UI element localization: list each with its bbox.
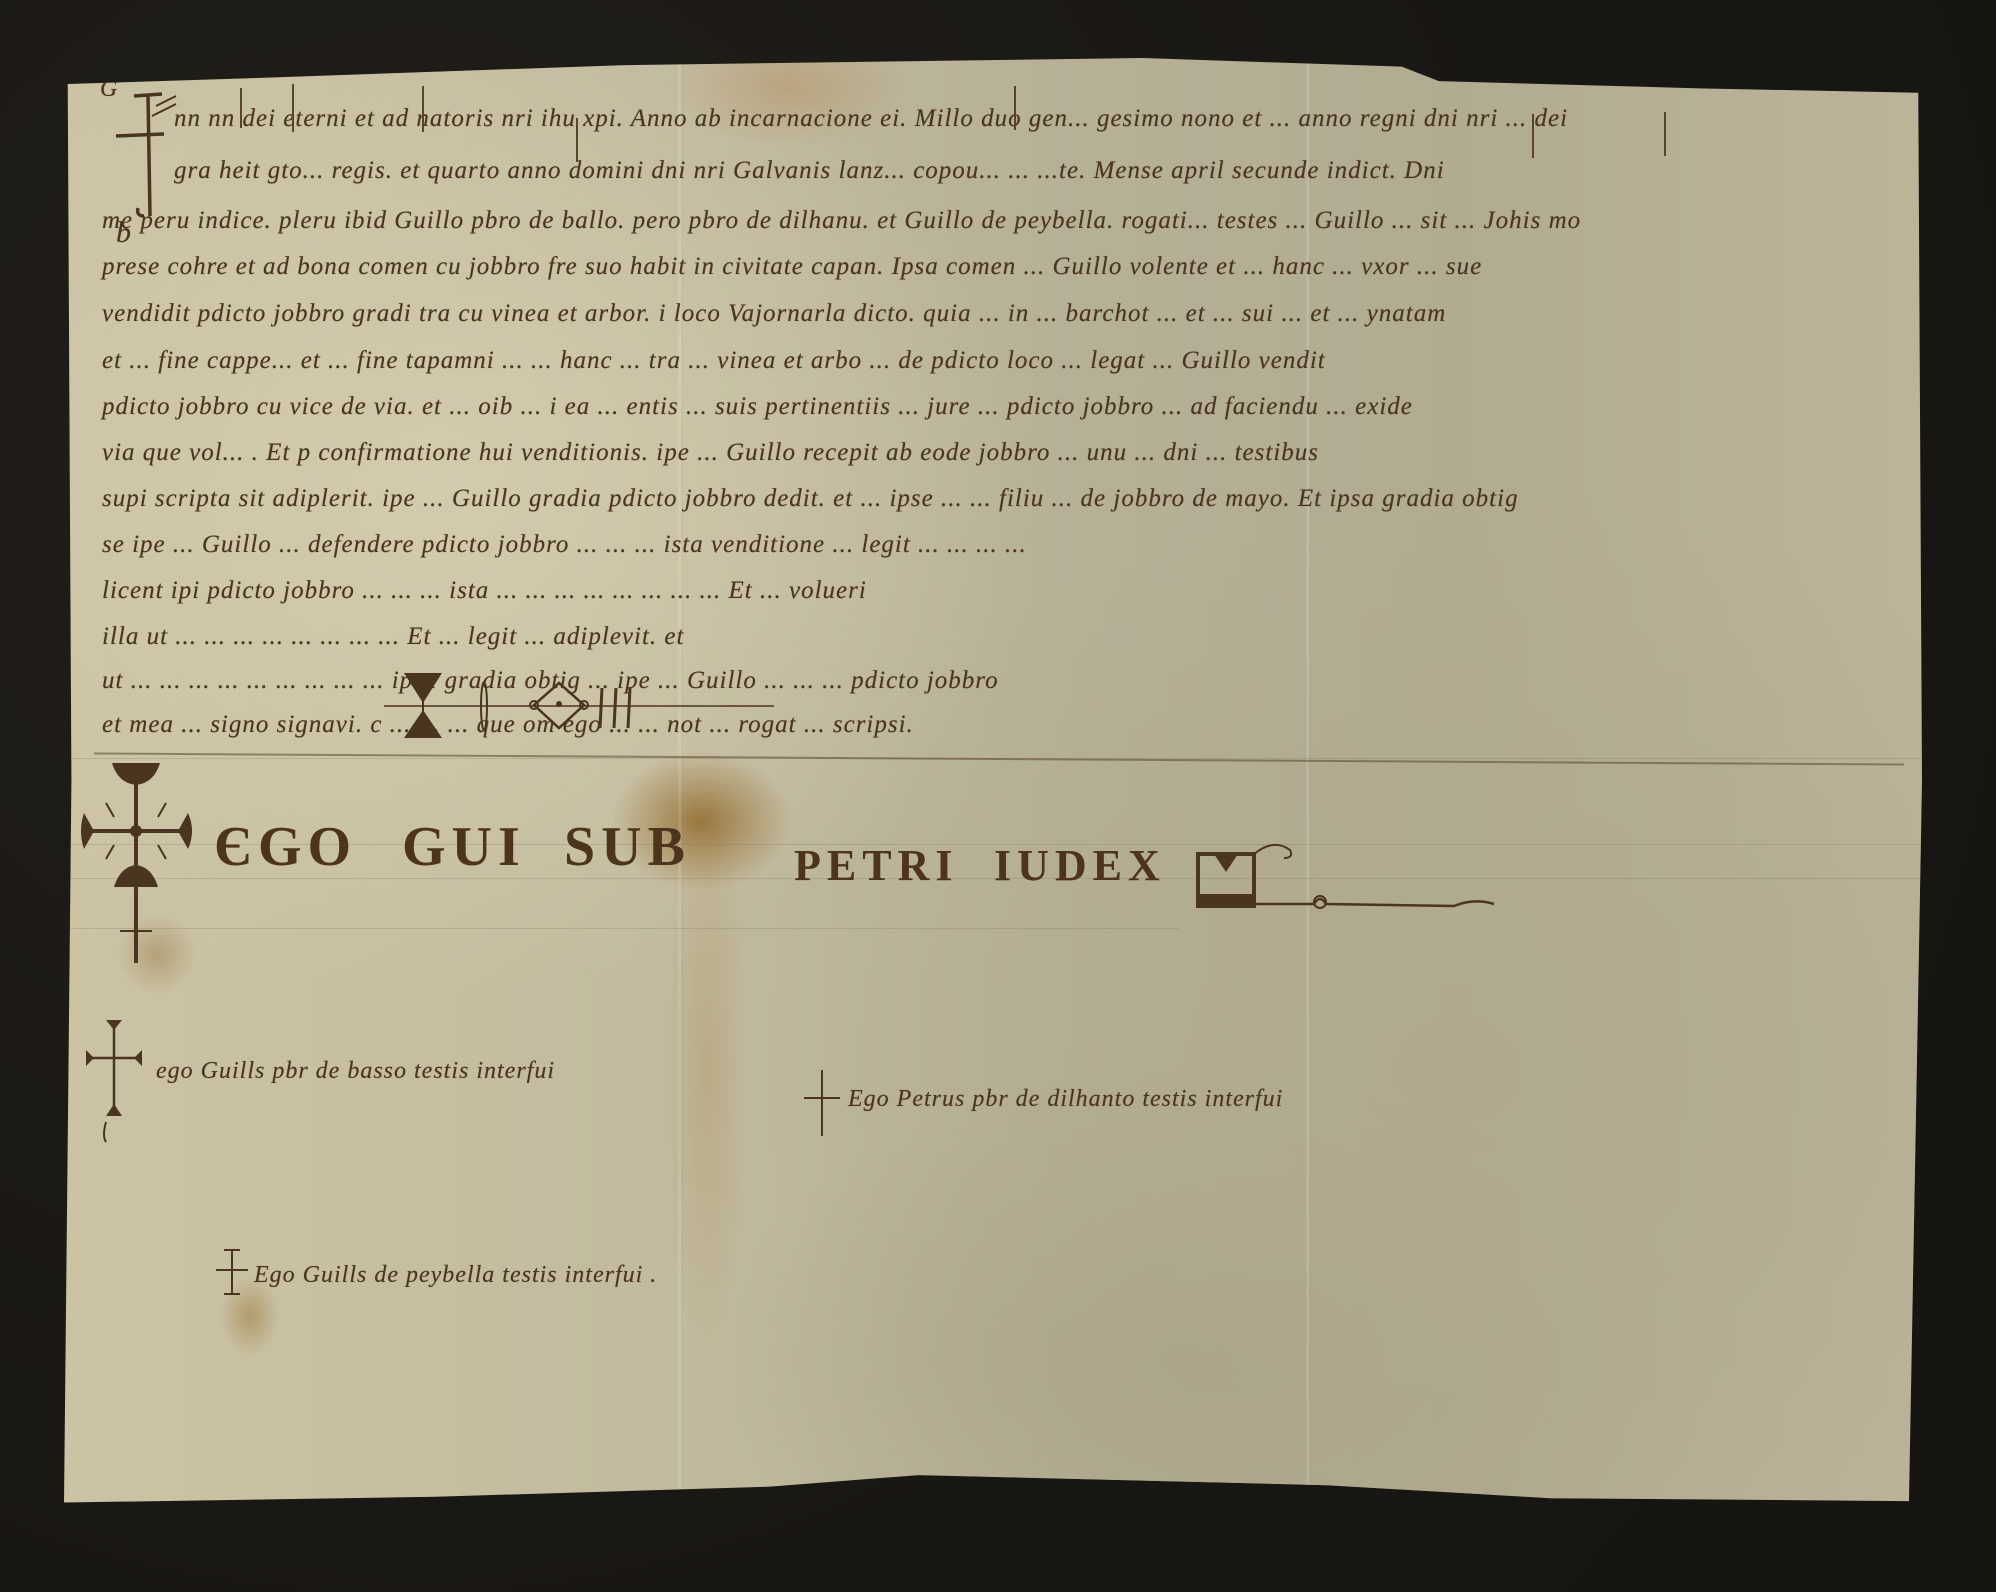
- subscription-sub: SUB: [564, 815, 691, 879]
- witness-cross-icon: [214, 1248, 250, 1298]
- subscription-ego: ЄGO: [214, 815, 357, 879]
- ascender-stroke: [240, 88, 242, 128]
- witness-cross-icon: [86, 1016, 146, 1136]
- ascender-stroke: [576, 118, 578, 162]
- judge-signum-cross-icon: [84, 753, 204, 983]
- witness-subscription: ego Guills pbr de basso testis interfui: [156, 1058, 555, 1085]
- ascender-stroke: [1014, 86, 1016, 130]
- charter-line: et ... fine cappe... et ... fine tapamni…: [102, 348, 1326, 373]
- ascender-stroke: [292, 84, 294, 132]
- subscription-gui: GUI: [402, 815, 526, 879]
- witness-cross-icon: [802, 1068, 842, 1138]
- charter-line: prese cohre et ad bona comen cu jobbro f…: [102, 254, 1482, 279]
- witness-subscription: Ego Guills de peybella testis interfui .: [254, 1262, 657, 1289]
- subscription-iudex: IUDEX: [994, 840, 1166, 891]
- charter-line: vendidit pdicto jobbro gradi tra cu vine…: [102, 301, 1446, 326]
- ascender-stroke: [1532, 114, 1534, 158]
- parchment-charter: G b nn nn dei eterni et ad natoris nri i…: [64, 58, 1922, 1504]
- ascender-stroke: [422, 86, 424, 132]
- charter-line: se ipe ... Guillo ... defendere pdicto j…: [102, 532, 1027, 557]
- charter-line: nn nn dei eterni et ad natoris nri ihu x…: [174, 106, 1568, 131]
- charter-line: pdicto jobbro cu vice de via. et ... oib…: [102, 394, 1413, 419]
- witness-subscription: Ego Petrus pbr de dilhanto testis interf…: [848, 1086, 1283, 1113]
- charter-line: licent ipi pdicto jobbro ... ... ... ist…: [102, 578, 867, 603]
- initial-cross-icon: [104, 76, 194, 226]
- ruled-line-bottom: [94, 752, 1904, 765]
- notary-signum-icon: [384, 658, 774, 748]
- ascender-stroke: [1664, 112, 1666, 156]
- charter-line: supi scripta sit adiplerit. ipe ... Guil…: [102, 486, 1519, 511]
- ruled-line: [64, 928, 1179, 929]
- subscription-petri: PETRI: [794, 840, 958, 891]
- judge-monogram-icon: [1194, 838, 1554, 918]
- charter-line: illa ut ... ... ... ... ... ... ... ... …: [102, 624, 684, 649]
- charter-line: me peru indice. pleru ibid Guillo pbro d…: [102, 208, 1581, 233]
- charter-line: via que vol... . Et p confirmatione hui …: [102, 440, 1319, 465]
- charter-line: gra heit gto... regis. et quarto anno do…: [174, 158, 1445, 183]
